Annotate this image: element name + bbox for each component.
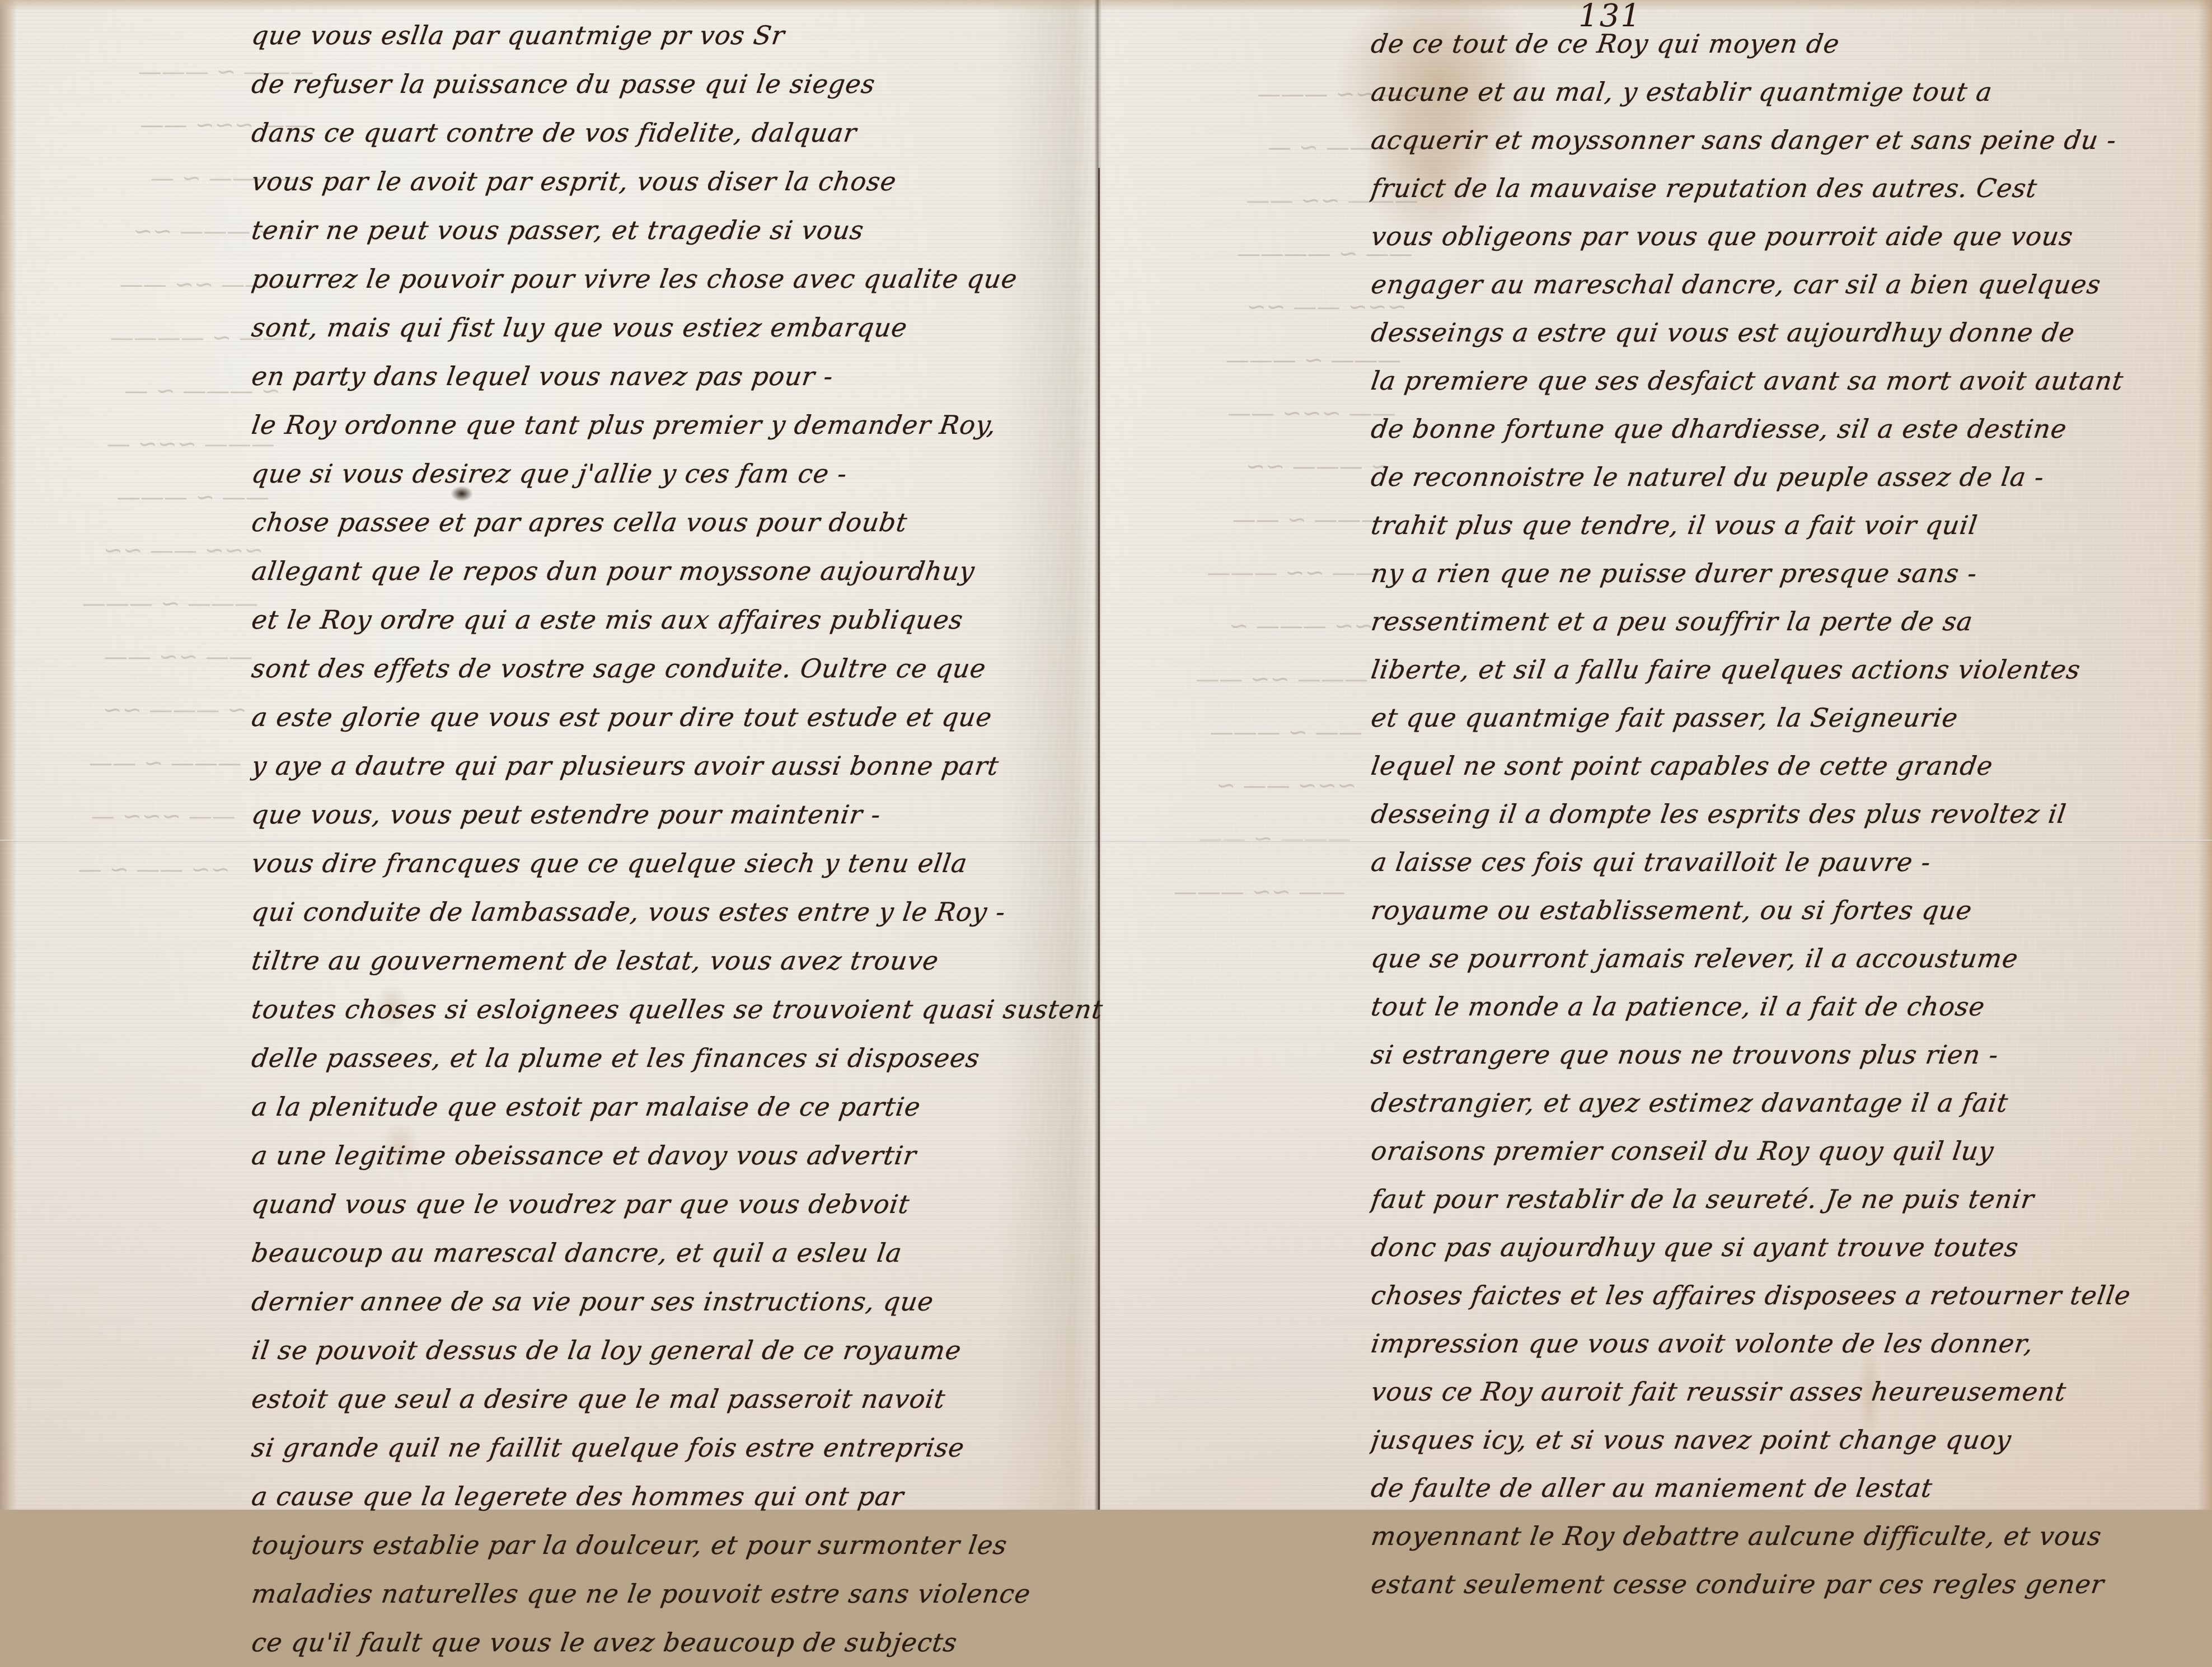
manuscript-line: de faulte de aller au maniement de lesta…: [1368, 1464, 2203, 1510]
manuscript-line: vous obligeons par vous que pourroit aid…: [1368, 212, 2203, 260]
manuscript-line: chose passee et par apres cella vous pou…: [249, 498, 1106, 547]
manuscript-line: que vous, vous peut estendre pour mainte…: [249, 790, 1106, 839]
manuscript-line: tiltre au gouvernement de lestat, vous a…: [249, 936, 1106, 985]
manuscript-line: ressentiment et a peu souffrir la perte …: [1368, 597, 2203, 645]
manuscript-line: de bonne fortune que dhardiesse, sil a e…: [1368, 405, 2203, 453]
manuscript-line: oraisons premier conseil du Roy quoy qui…: [1368, 1127, 2203, 1175]
manuscript-line: dernier annee de sa vie pour ses instruc…: [249, 1277, 1106, 1326]
manuscript-line: lequel ne sont point capables de cette g…: [1368, 742, 2203, 790]
manuscript-line: y aye a dautre qui par plusieurs avoir a…: [249, 742, 1106, 790]
manuscript-line: en party dans lequel vous navez pas pour…: [249, 352, 1106, 401]
manuscript-line: engager au mareschal dancre, car sil a b…: [1368, 260, 2203, 308]
manuscript-line: pourrez le pouvoir pour vivre les chose …: [249, 255, 1106, 303]
manuscript-line: a cause que la legerete des hommes qui o…: [249, 1472, 1106, 1510]
manuscript-line: donc pas aujourdhuy que si ayant trouve …: [1368, 1223, 2203, 1271]
manuscript-line: fruict de la mauvaise reputation des aut…: [1368, 164, 2203, 212]
manuscript-line: de ce tout de ce Roy qui moyen de: [1368, 20, 2203, 68]
manuscript-line: jusques icy, et si vous navez point chan…: [1368, 1416, 2203, 1464]
manuscript-line: faut pour restablir de la seureté. Je ne…: [1368, 1175, 2203, 1223]
left-page-text: que vous eslla par quantmige pr vos Sr d…: [252, 11, 1103, 1510]
manuscript-line: si grande quil ne faillit quelque fois e…: [249, 1423, 1106, 1472]
manuscript-line: tout le monde a la patience, il a fait d…: [1368, 982, 2203, 1031]
manuscript-line: si estrangere que nous ne trouvons plus …: [1368, 1031, 2203, 1079]
manuscript-line: a la plenitude que estoit par malaise de…: [249, 1083, 1106, 1131]
manuscript-line: impression que vous avoit volonte de les…: [1368, 1319, 2203, 1368]
manuscript-spread: ——— ~ ——— —— ~~~ —— ———— ~ — ~~ ——— ~~ —…: [0, 0, 2212, 1510]
manuscript-line: sont, mais qui fist luy que vous estiez …: [249, 303, 1106, 352]
manuscript-line: aucune et au mal, y establir quantmige t…: [1368, 68, 2203, 116]
manuscript-line: et le Roy ordre qui a este mis aux affai…: [249, 596, 1106, 644]
manuscript-line: vous dire francques que ce quelque siech…: [249, 839, 1106, 888]
manuscript-line: dans ce quart contre de vos fidelite, da…: [249, 109, 1106, 157]
manuscript-line: delle passees, et la plume et les financ…: [249, 1034, 1106, 1083]
manuscript-line: de refuser la puissance du passe qui le …: [249, 60, 1106, 109]
manuscript-line: que si vous desirez que j'allie y ces fa…: [249, 449, 1106, 498]
right-page-text: de ce tout de ce Roy qui moyen de aucune…: [1371, 20, 2200, 1510]
manuscript-line: quand vous que le voudrez par que vous d…: [249, 1180, 1106, 1229]
manuscript-line: acquerir et moyssonner sans danger et sa…: [1368, 116, 2203, 164]
manuscript-line: allegant que le repos dun pour moyssone …: [249, 547, 1106, 596]
manuscript-line: il se pouvoit dessus de la loy general d…: [249, 1326, 1106, 1375]
manuscript-line: a este glorie que vous est pour dire tou…: [249, 693, 1106, 742]
manuscript-line: a une legitime obeissance et davoy vous …: [249, 1131, 1106, 1180]
manuscript-line: ny a rien que ne puisse durer presque sa…: [1368, 549, 2203, 597]
manuscript-line: estoit que seul a desire que le mal pass…: [249, 1375, 1106, 1423]
manuscript-line: desseing il a dompte les esprits des plu…: [1368, 790, 2203, 838]
manuscript-line: liberte, et sil a fallu faire quelques a…: [1368, 645, 2203, 694]
manuscript-line: sont des effets de vostre sage conduite.…: [249, 644, 1106, 693]
manuscript-line: tenir ne peut vous passer, et tragedie s…: [249, 206, 1106, 255]
manuscript-line: le Roy ordonne que tant plus premier y d…: [249, 401, 1106, 449]
manuscript-line: qui conduite de lambassade, vous estes e…: [249, 888, 1106, 936]
manuscript-line: destrangier, et ayez estimez davantage i…: [1368, 1079, 2203, 1127]
manuscript-line: vous ce Roy auroit fait reussir asses he…: [1368, 1368, 2203, 1416]
manuscript-line: desseings a estre qui vous est aujourdhu…: [1368, 308, 2203, 357]
manuscript-line: de reconnoistre le naturel du peuple ass…: [1368, 453, 2203, 501]
manuscript-line: trahit plus que tendre, il vous a fait v…: [1368, 501, 2203, 549]
manuscript-line: royaume ou establissement, ou si fortes …: [1368, 886, 2203, 934]
manuscript-line: la premiere que ses desfaict avant sa mo…: [1368, 357, 2203, 405]
manuscript-line: choses faictes et les affaires disposees…: [1368, 1271, 2203, 1319]
manuscript-line: et que quantmige fait passer, la Seigneu…: [1368, 694, 2203, 742]
manuscript-line: que se pourront jamais relever, il a acc…: [1368, 934, 2203, 982]
manuscript-line: a laisse ces fois qui travailloit le pau…: [1368, 838, 2203, 886]
manuscript-line: toutes choses si esloignees quelles se t…: [249, 985, 1106, 1034]
manuscript-line: beaucoup au marescal dancre, et quil a e…: [249, 1229, 1106, 1277]
manuscript-line: que vous eslla par quantmige pr vos Sr: [249, 11, 1106, 60]
manuscript-line: vous par le avoit par esprit, vous diser…: [249, 157, 1106, 206]
